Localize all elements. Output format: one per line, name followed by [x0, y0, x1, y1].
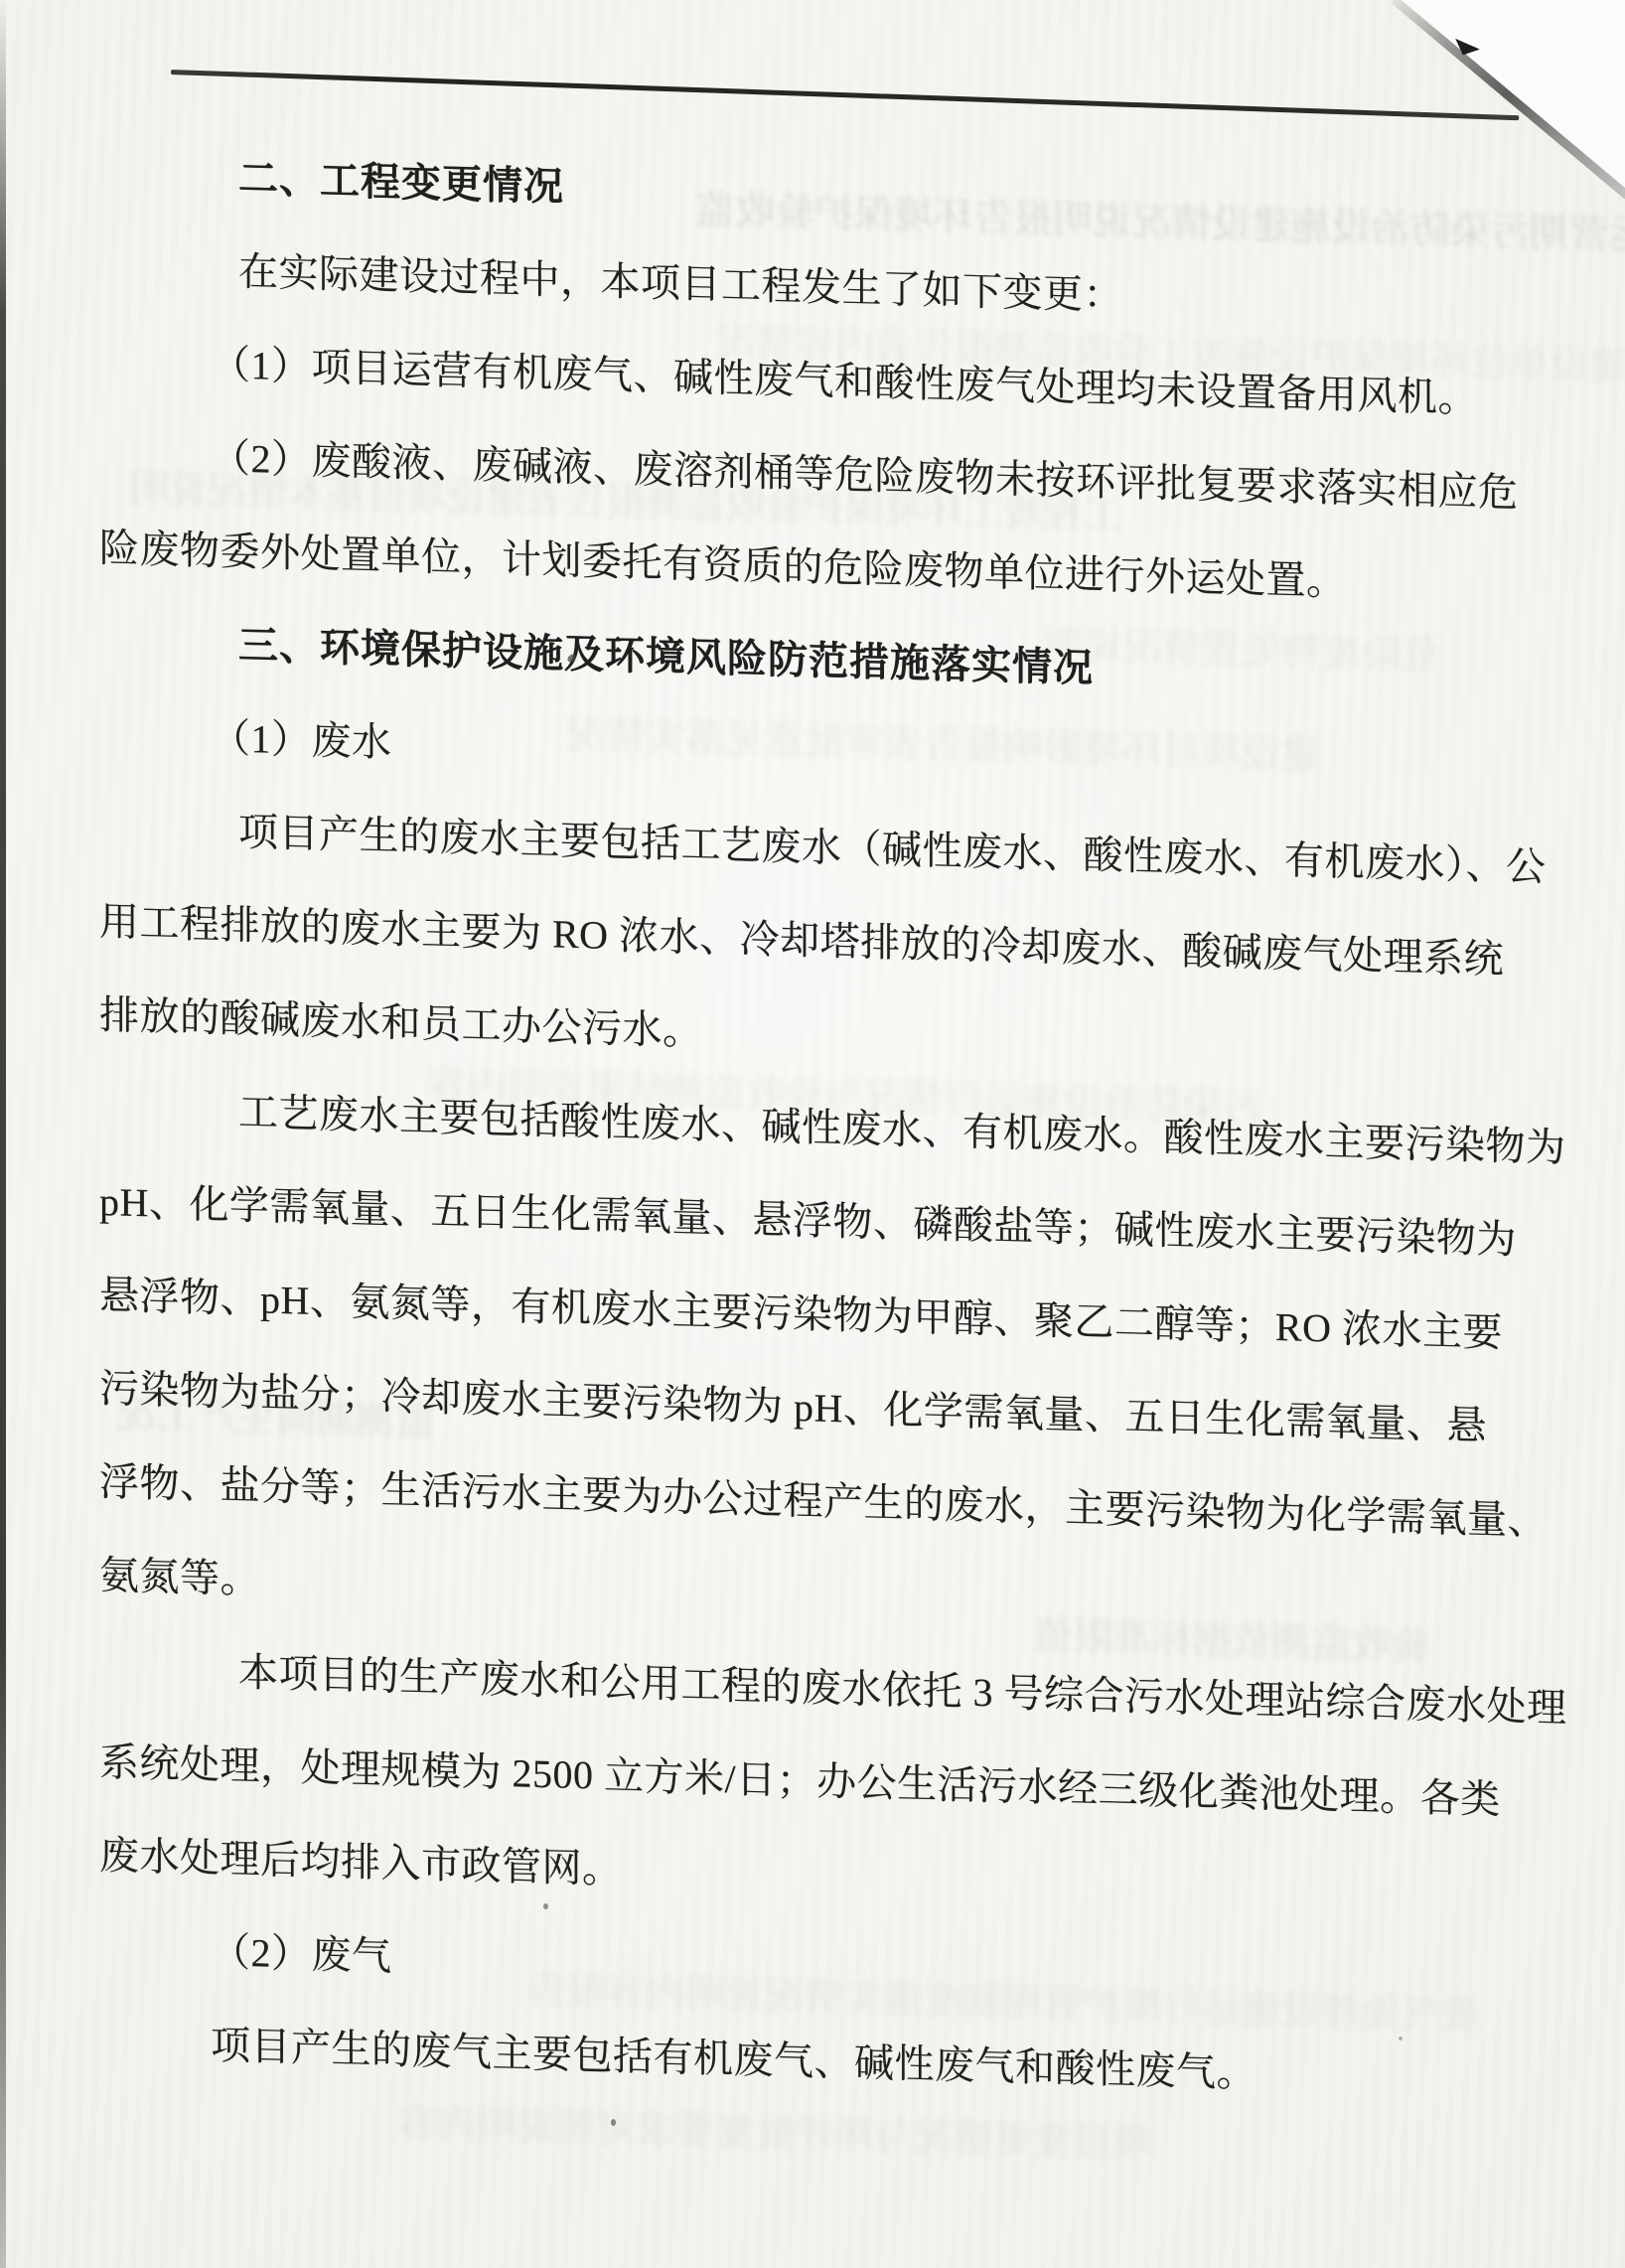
ink-speck — [611, 2119, 616, 2126]
document-text: 设运营期污染防治设施建设情况说明报告环境保护验收监 项目建设单位环境保护设施竣工… — [99, 128, 1589, 2130]
scanned-page: 设运营期污染防治设施建设情况说明报告环境保护验收监 项目建设单位环境保护设施竣工… — [0, 0, 1625, 2268]
scan-edge-shadow — [0, 0, 6, 2268]
header-rule — [171, 70, 1519, 120]
ink-speck — [1399, 2037, 1403, 2041]
ink-speck — [543, 1903, 548, 1909]
